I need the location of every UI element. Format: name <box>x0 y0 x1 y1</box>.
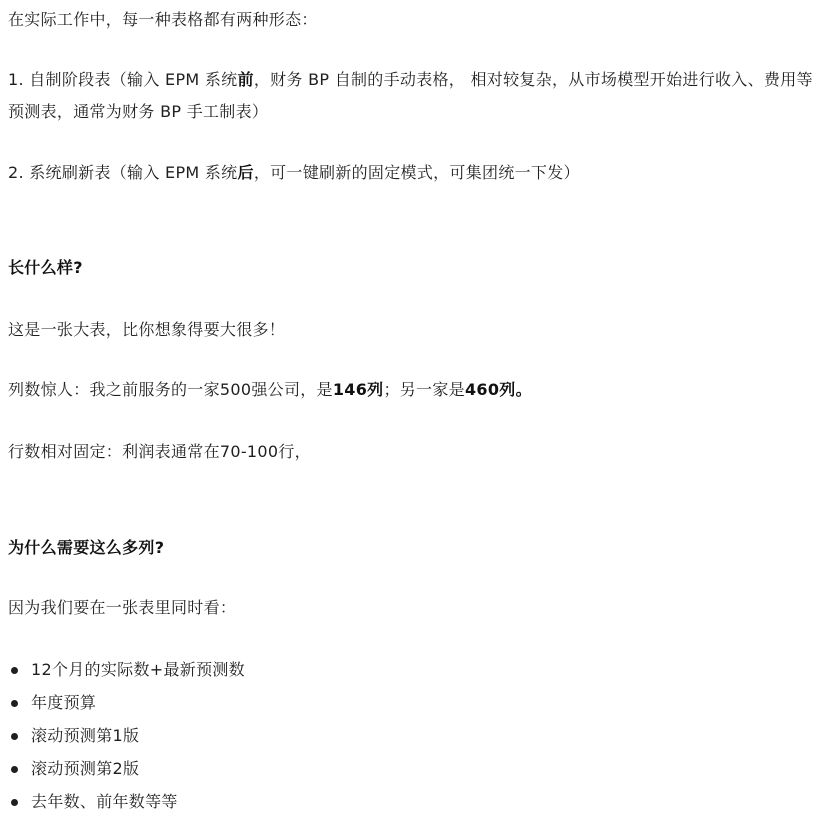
bullet-dot-icon <box>11 799 18 806</box>
heading-what-it-looks-like: 长什么样? <box>8 257 83 279</box>
bullet-item: 滚动预测第2版 <box>0 754 245 787</box>
para2-text-b: ；另一家是 <box>383 380 465 399</box>
paragraph-reason: 因为我们要在一张表里同时看： <box>8 597 236 619</box>
list-item-1: 1. 自制阶段表（输入 EPM 系统前，财务 BP 自制的手动表格， 相对较复杂… <box>8 64 820 128</box>
item2-text-a: 2. 系统刷新表（输入 EPM 系统 <box>8 163 238 182</box>
bullet-dot-icon <box>11 700 18 707</box>
item1-text-a: 1. 自制阶段表（输入 EPM 系统 <box>8 70 238 89</box>
bullet-item: 12个月的实际数+最新预测数 <box>0 655 245 688</box>
para2-bold-b: 460列。 <box>465 380 532 399</box>
bullet-dot-icon <box>11 667 18 674</box>
paragraph-column-count: 列数惊人：我之前服务的一家500强公司，是146列；另一家是460列。 <box>8 379 532 401</box>
para2-bold-a: 146列 <box>333 380 384 399</box>
bullet-text: 滚动预测第2版 <box>31 759 139 778</box>
bullet-item: 年度预算 <box>0 688 245 721</box>
item1-bold: 前 <box>238 70 254 89</box>
bullet-text: 滚动预测第1版 <box>31 726 139 745</box>
bullet-text: 去年数、前年数等等 <box>31 792 178 811</box>
bullet-text: 年度预算 <box>31 693 96 712</box>
item2-text-b: ，可一键刷新的固定模式，可集团统一下发） <box>254 163 580 182</box>
bullet-dot-icon <box>11 766 18 773</box>
intro-text: 在实际工作中，每一种表格都有两种形态： <box>8 9 318 31</box>
paragraph-big-table: 这是一张大表，比你想象得要大很多！ <box>8 319 285 341</box>
item2-bold: 后 <box>238 163 254 182</box>
para2-text-a: 列数惊人：我之前服务的一家500强公司，是 <box>8 380 333 399</box>
bullet-text: 12个月的实际数+最新预测数 <box>31 660 245 679</box>
heading-why-so-many-columns: 为什么需要这么多列? <box>8 537 164 559</box>
bullet-list: 12个月的实际数+最新预测数 年度预算 滚动预测第1版 滚动预测第2版 去年数、… <box>0 655 245 820</box>
paragraph-row-count: 行数相对固定：利润表通常在70-100行， <box>8 441 311 463</box>
bullet-item: 滚动预测第1版 <box>0 721 245 754</box>
bullet-item: 去年数、前年数等等 <box>0 787 245 820</box>
list-item-2: 2. 系统刷新表（输入 EPM 系统后，可一键刷新的固定模式，可集团统一下发） <box>8 162 580 184</box>
bullet-dot-icon <box>11 733 18 740</box>
